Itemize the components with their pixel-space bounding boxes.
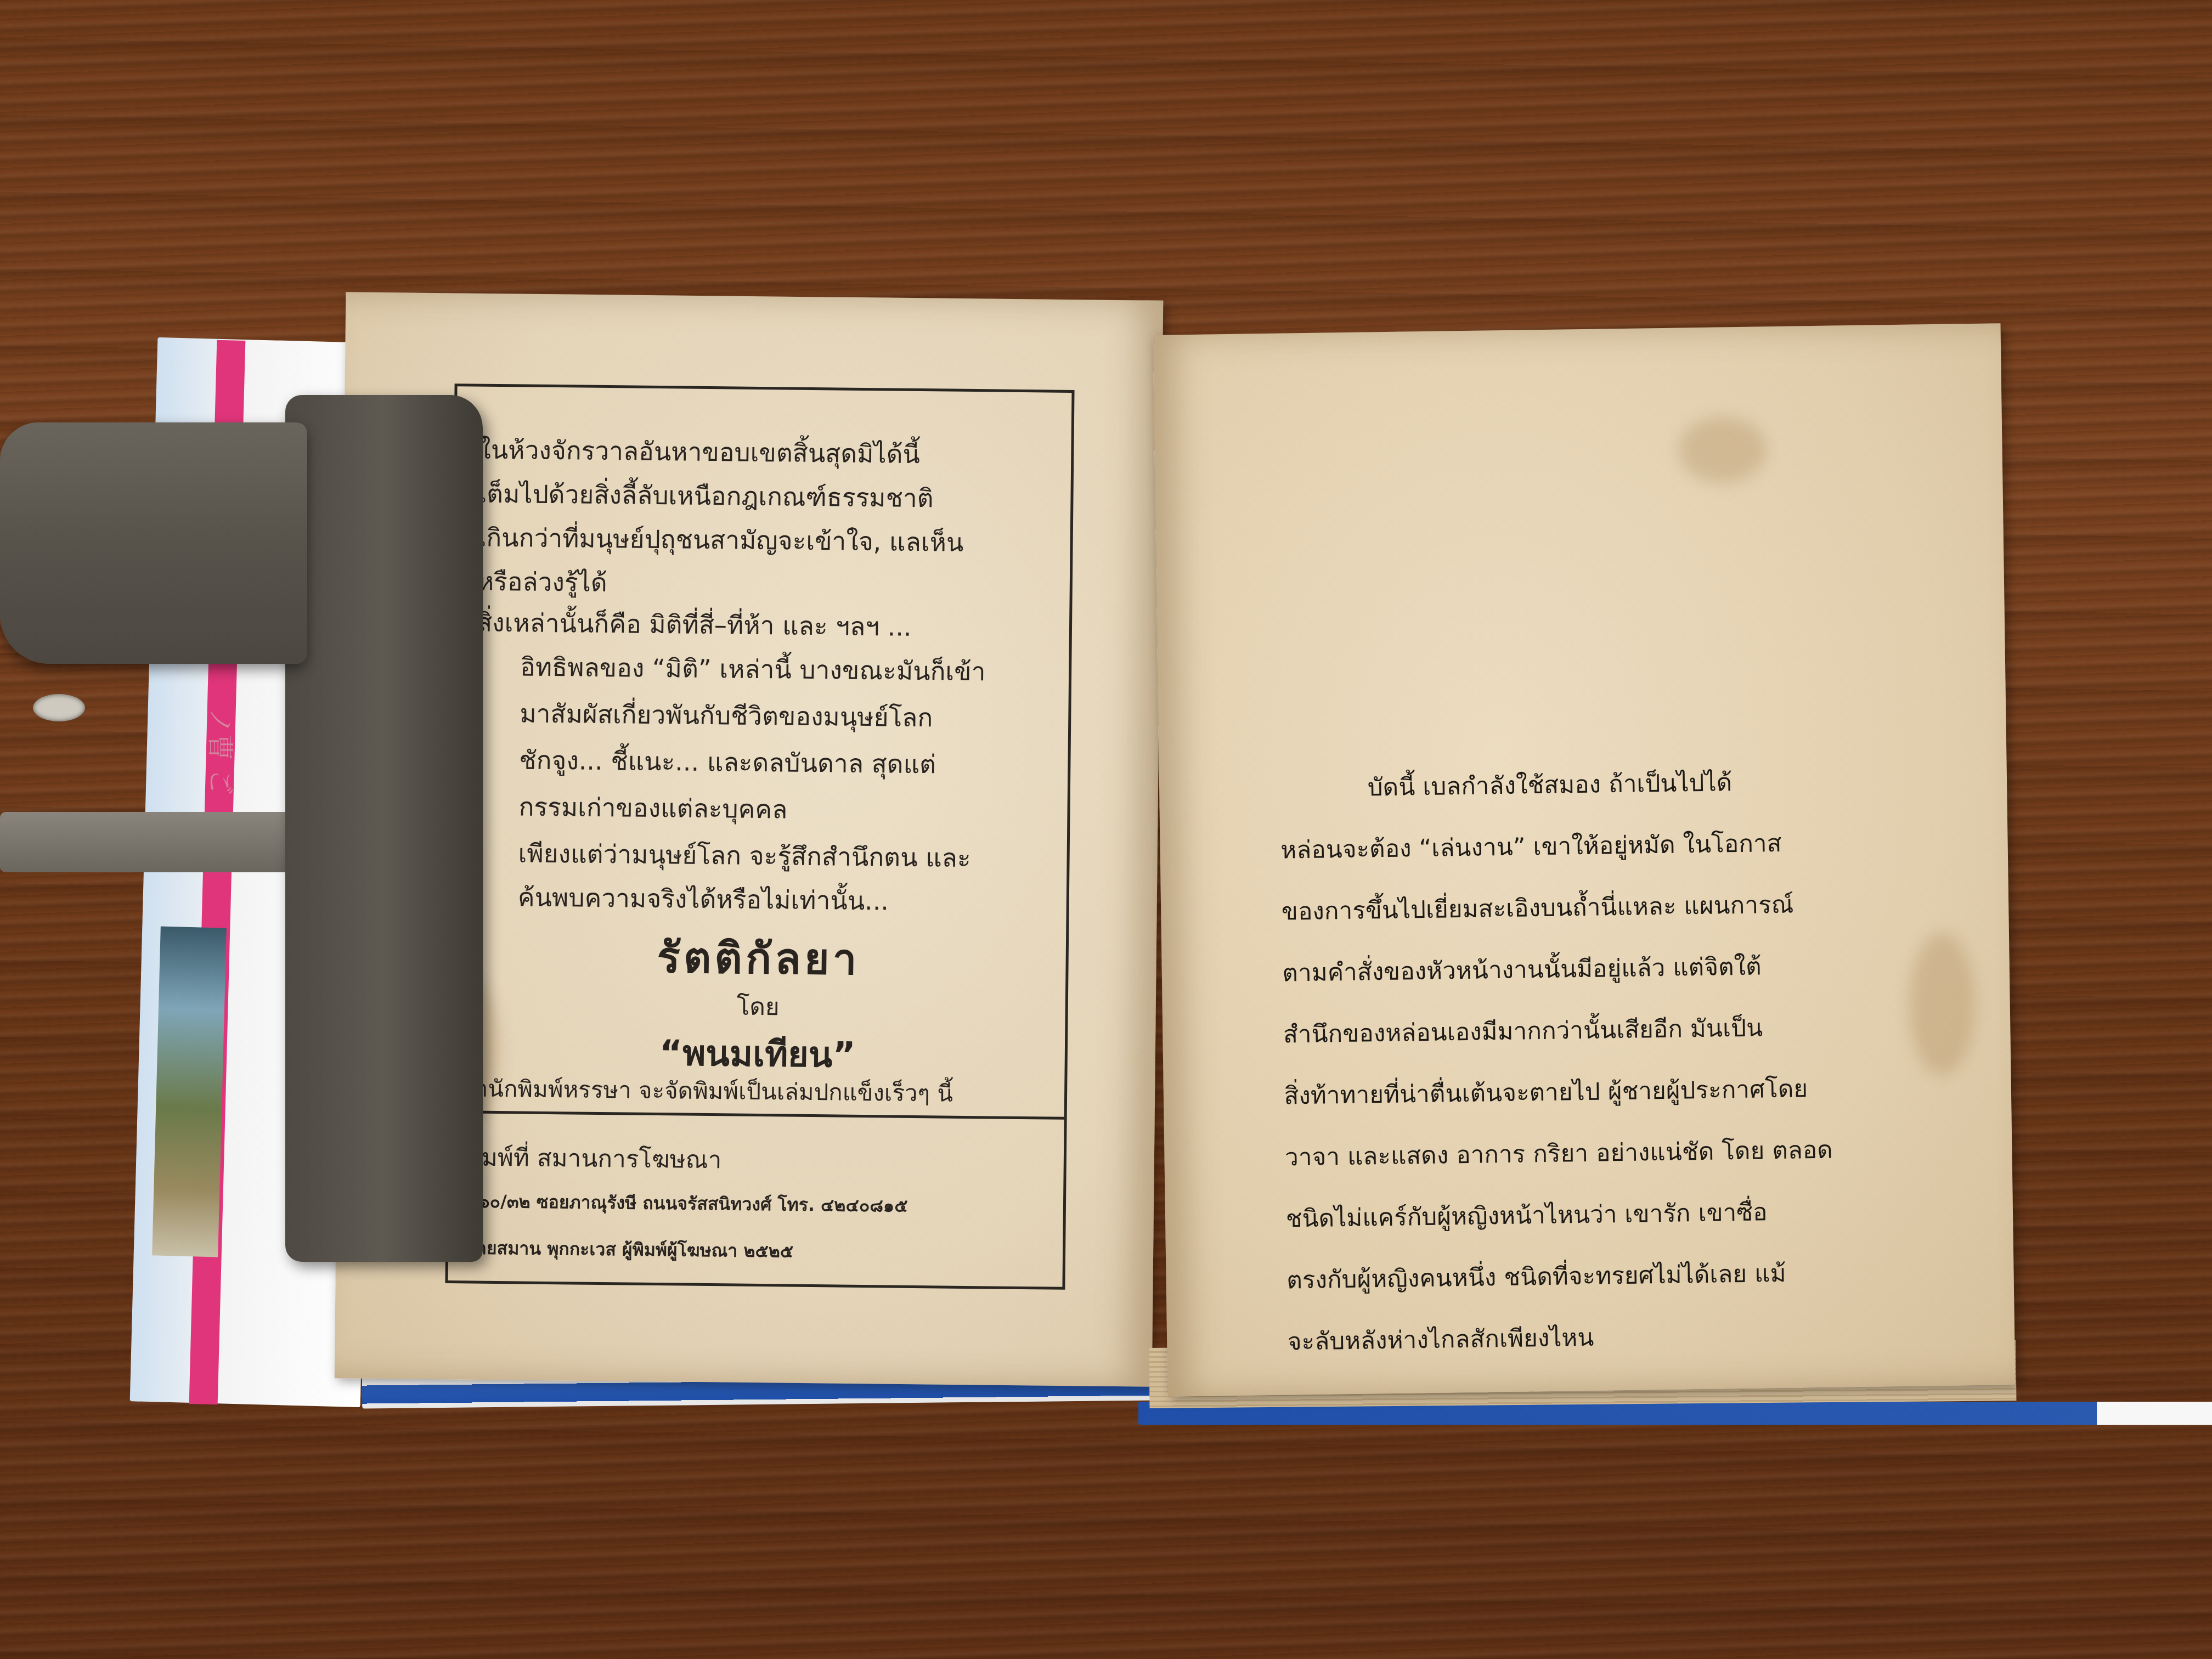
paragraph-line: สิ่งท้าทายที่น่าตื่นเต้นจะตายไป ผู้ชายผู… xyxy=(1284,1068,1877,1138)
body-line: ค้นพบความจริงได้หรือไม่เท่านั้น... xyxy=(518,881,1045,919)
paragraph-line: หล่อนจะต้อง “เล่นงาน” เขาให้อยู่หมัด ในโ… xyxy=(1280,823,1874,893)
binder-clip-lever xyxy=(0,422,307,664)
body-line: เพียงแต่ว่ามนุษย์โลก จะรู้สึกสำนึกตน และ xyxy=(518,837,1045,875)
paragraph-line: ของการขึ้นไปเยี่ยมสะเอิงบนถ้ำนี่แหละ แผน… xyxy=(1281,884,1874,953)
intro-line: หรือล่วงรู้ได้ xyxy=(477,565,1048,604)
right-page-text: บัดนี้ เบลกำลังใช้สมอง ถ้าเป็นไปได้ หล่อ… xyxy=(1279,761,1881,1384)
binder-clip-jaw xyxy=(285,395,483,1262)
paragraph-line: วาจา และแสดง อาการ กริยา อย่างแน่ชัด โดย… xyxy=(1285,1130,1878,1199)
intro-line: เกินกว่าที่มนุษย์ปุถุชนสามัญจะเข้าใจ, แล… xyxy=(477,521,1048,560)
body-line: อิทธิพลของ “มิติ” เหล่านี้ บางขณะมันก็เข… xyxy=(520,650,1047,689)
binder-clip-hinge xyxy=(0,812,307,872)
intro-line: เต็มไปด้วยสิ่งลี้ลับเหนือกฎเกณฑ์ธรรมชาติ xyxy=(478,477,1049,516)
frame-divider xyxy=(450,1110,1064,1120)
cover-illustration xyxy=(152,927,227,1257)
paragraph-line: บัดนี้ เบลกำลังใช้สมอง ถ้าเป็นไปได้ xyxy=(1279,761,1872,831)
page-stain xyxy=(1909,933,1975,1075)
paragraph-line: ตรงกับผู้หญิงคนหนึ่ง ชนิดที่จะทรยศไม่ได้… xyxy=(1286,1252,1880,1322)
printer-name: พิมพ์ที่ สมานการโฆษณา xyxy=(465,1138,721,1179)
paragraph-line: จะลับหลังห่างไกลสักเพียงไหน xyxy=(1287,1314,1880,1384)
paragraph-line: ชนิดไม่แคร์กับผู้หญิงหน้าไหนว่า เขารัก เ… xyxy=(1285,1191,1878,1261)
printer-address: ๔๖๐/๓๒ ซอยภาณุรังษี ถนนจรัสสนิทวงศ์ โทร.… xyxy=(465,1187,908,1220)
by-label: โดย xyxy=(450,984,1065,1029)
intro-line: ในห้วงจักรวาลอันหาขอบเขตสิ้นสุดมิได้นี้ xyxy=(478,433,1049,472)
publisher-note: สำนักพิมพ์หรรษา จะจัดพิมพ์เป็นเล่มปกแข็ง… xyxy=(461,1072,1043,1111)
page-stain xyxy=(1679,417,1767,483)
clip-engraving: ノ曹 ご xyxy=(204,708,241,795)
paragraph-line: สำนึกของหล่อนเองมีมากกว่านั้นเสียอีก มัน… xyxy=(1283,1007,1876,1076)
intro-line: สิ่งเหล่านั้นก็คือ มิติที่สี่–ที่ห้า และ… xyxy=(477,606,1048,645)
body-line: มาสัมผัสเกี่ยวพันกับชีวิตของมนุษย์โลก xyxy=(520,697,1047,735)
book-title: รัตติกัลยา xyxy=(451,921,1066,996)
binder-clip-hole xyxy=(33,694,85,721)
body-line: ชักจูง... ชี้แนะ... และดลบันดาล สุดแต่ xyxy=(519,743,1046,782)
paragraph-line: ตามคำสั่งของหัวหน้างานนั้นมีอยู่แล้ว แต่… xyxy=(1282,945,1875,1015)
printer-publisher-line: นายสมาน พุกกะเวส ผู้พิมพ์ผู้โฆษณา ๒๕๒๕ xyxy=(465,1234,794,1265)
left-page-frame: ในห้วงจักรวาลอันหาขอบเขตสิ้นสุดมิได้นี้ … xyxy=(445,383,1074,1290)
body-line: กรรมเก่าของแต่ละบุคคล xyxy=(518,790,1046,828)
